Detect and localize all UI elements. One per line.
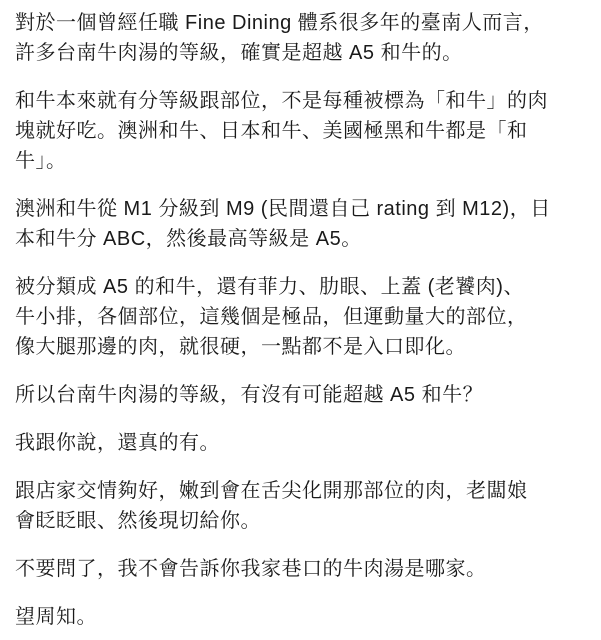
text-line: 牛小排，各個部位，這幾個是極品，但運動量大的部位， xyxy=(15,302,595,332)
paragraph: 和牛本來就有分等級跟部位，不是每種被標為「和牛」的肉 塊就好吃。澳洲和牛、日本和… xyxy=(15,86,595,176)
text-line: 許多台南牛肉湯的等級，確實是超越 A5 和牛的。 xyxy=(15,38,595,68)
text-line: 對於一個曾經任職 Fine Dining 體系很多年的臺南人而言， xyxy=(15,8,595,38)
text-line: 所以台南牛肉湯的等級，有沒有可能超越 A5 和牛？ xyxy=(15,380,595,410)
text-line: 本和牛分 ABC，然後最高等級是 A5。 xyxy=(15,224,595,254)
text-line: 望周知。 xyxy=(15,602,595,632)
text-line: 我跟你說，還真的有。 xyxy=(15,428,595,458)
paragraph: 被分類成 A5 的和牛，還有菲力、肋眼、上蓋 (老饕肉)、 牛小排，各個部位，這… xyxy=(15,272,595,362)
paragraph: 望周知。 xyxy=(15,602,595,632)
paragraph: 所以台南牛肉湯的等級，有沒有可能超越 A5 和牛？ xyxy=(15,380,595,410)
text-line: 和牛本來就有分等級跟部位，不是每種被標為「和牛」的肉 xyxy=(15,86,595,116)
text-line: 像大腿那邊的肉，就很硬，一點都不是入口即化。 xyxy=(15,332,595,362)
text-line: 牛」。 xyxy=(15,146,595,176)
text-line: 塊就好吃。澳洲和牛、日本和牛、美國極黑和牛都是「和 xyxy=(15,116,595,146)
paragraph: 澳洲和牛從 M1 分級到 M9 (民間還自己 rating 到 M12)，日 本… xyxy=(15,194,595,254)
paragraph: 我跟你說，還真的有。 xyxy=(15,428,595,458)
post-text-body: 對於一個曾經任職 Fine Dining 體系很多年的臺南人而言， 許多台南牛肉… xyxy=(0,0,601,632)
text-line: 澳洲和牛從 M1 分級到 M9 (民間還自己 rating 到 M12)，日 xyxy=(15,194,595,224)
text-line: 被分類成 A5 的和牛，還有菲力、肋眼、上蓋 (老饕肉)、 xyxy=(15,272,595,302)
text-line: 會眨眨眼、然後現切給你。 xyxy=(15,506,595,536)
text-line: 跟店家交情夠好，嫩到會在舌尖化開那部位的肉，老闆娘 xyxy=(15,476,595,506)
paragraph: 跟店家交情夠好，嫩到會在舌尖化開那部位的肉，老闆娘 會眨眨眼、然後現切給你。 xyxy=(15,476,595,536)
paragraph: 對於一個曾經任職 Fine Dining 體系很多年的臺南人而言， 許多台南牛肉… xyxy=(15,8,595,68)
text-line: 不要問了，我不會告訴你我家巷口的牛肉湯是哪家。 xyxy=(15,554,595,584)
paragraph: 不要問了，我不會告訴你我家巷口的牛肉湯是哪家。 xyxy=(15,554,595,584)
